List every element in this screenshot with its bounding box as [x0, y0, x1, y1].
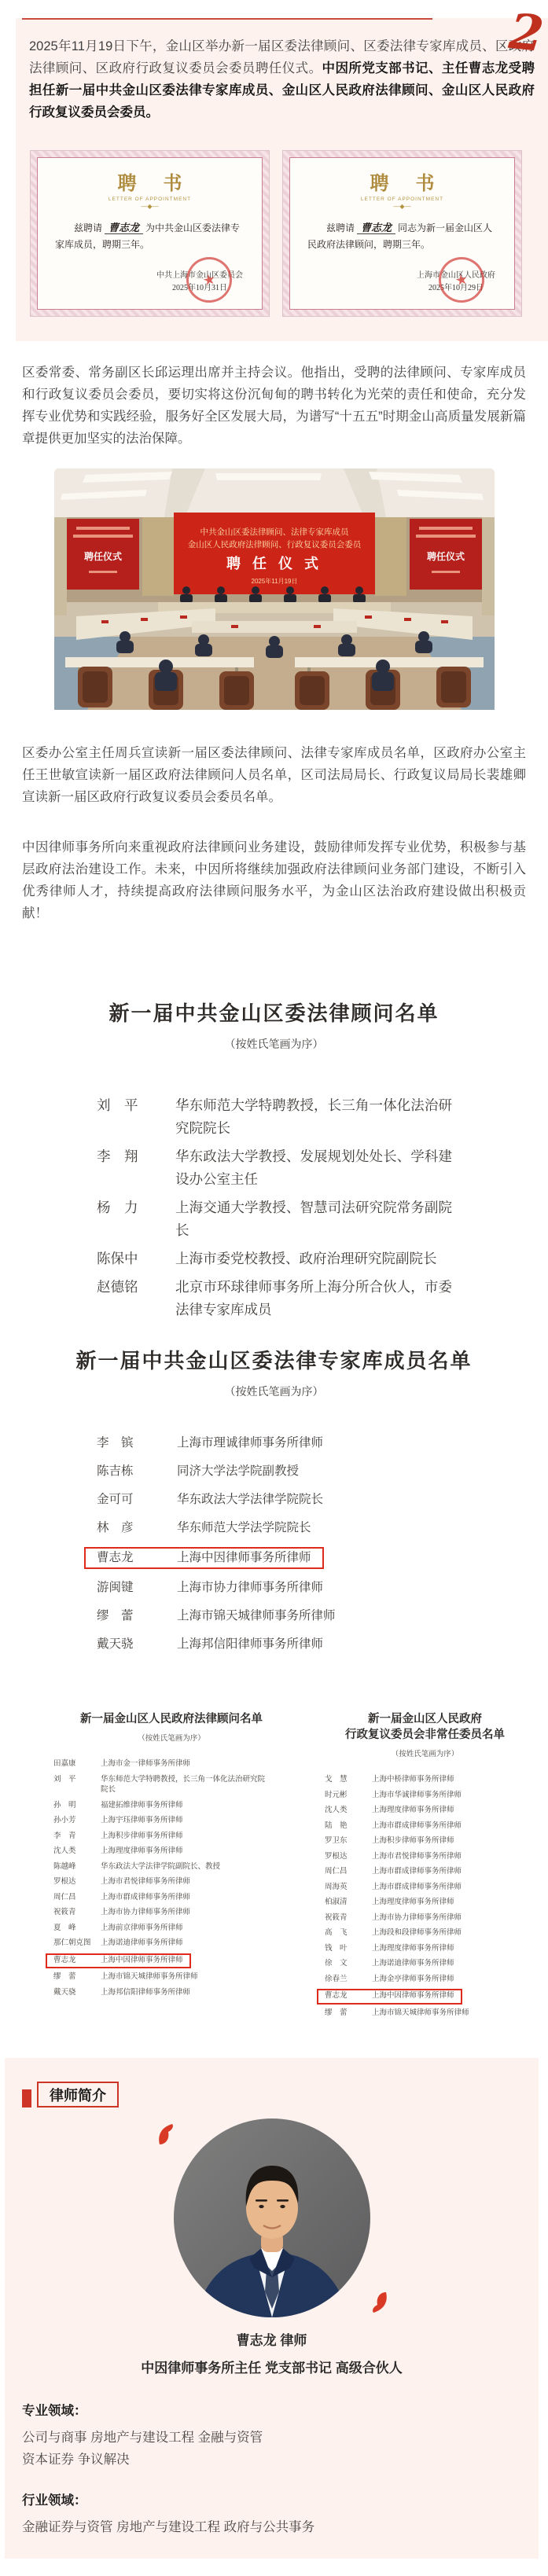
person-title: 上海宇珏律师事务所律师: [101, 1816, 183, 1827]
divider-line: [22, 18, 432, 20]
person-name: 曹志龙: [325, 1991, 366, 2002]
review-committee-list: 新一届金山区人民政府 行政复议委员会非常任委员名单 （按姓氏笔画为序） 戈 慧 …: [289, 1711, 525, 2023]
person-name: 时元彬: [325, 1791, 366, 1802]
doc-left-subtitle: （按姓氏笔画为序）: [53, 1732, 289, 1743]
person-title: 上海金亭律师事务所律师: [372, 1975, 454, 1986]
list2-subtitle: （按姓氏笔画为序）: [22, 1384, 526, 1399]
bottom-whitespace: [0, 2559, 548, 2576]
list-item: 钱 叶 上海理度律师事务所律师: [325, 1943, 459, 1956]
list-item: 赵德铭 北京市环球律师事务所上海分所合伙人，市委法律专家库成员: [97, 1276, 526, 1321]
list-item: 缪 蕾 上海市锦天城律师事务所律师: [325, 2008, 474, 2020]
person-name: 刘 平: [97, 1094, 149, 1140]
list-item: 罗根达 上海市君悦律师事务所律师: [53, 1876, 195, 1889]
person-title: 上海市金一律师事务所律师: [101, 1759, 190, 1770]
list-item: 曹志龙 上海中因律师事务所律师: [317, 1989, 462, 2005]
ribbon-numeral-decoration: 2: [507, 7, 546, 59]
person-name: 钱 叶: [325, 1944, 366, 1955]
doc-left-title: 新一届金山区人民政府法律顾问名单: [53, 1711, 289, 1727]
curtain-left: [142, 517, 174, 596]
person-name: 李 镔: [97, 1435, 145, 1451]
profile-badge: 律师简介: [22, 2082, 539, 2107]
person-title: 上海中因律师事务所律师: [177, 1550, 311, 1566]
announcement-paragraph: 区委办公室主任周兵宣读新一届区委法律顾问、法律专家库成员名单，区政府办公室主任王…: [22, 742, 526, 808]
appointment-certificate-image[interactable]: 聘 书 LETTER OF APPOINTMENT —◆— 兹聘请 曹志龙 同志…: [282, 150, 522, 317]
intro-panel: 2 2025年11月19日下午，金山区举办新一届区委法律顾问、区委法律专家库成员…: [16, 18, 548, 341]
person-title: 上海市华诚律师事务所律师: [372, 1791, 462, 1802]
person-name: 陈吉栋: [97, 1464, 145, 1479]
person-name: 缪 蕾: [97, 1608, 145, 1624]
person-name: 夏 峰: [53, 1924, 94, 1935]
list-item: 孙 明 福建拓维律师事务所律师: [53, 1800, 188, 1813]
list-item: 林 彦 华东师范大学法学院院长: [97, 1519, 319, 1538]
list-item: 周海英 上海市群成律师事务所律师: [325, 1882, 466, 1894]
list-item: 缪 蕾 上海市锦天城律师事务所律师: [53, 1972, 203, 1984]
person-name: 沈人类: [325, 1806, 366, 1817]
side-screen-left: 聘任仪式: [67, 519, 139, 590]
certificate-paper: 聘 书 LETTER OF APPOINTMENT —◆— 兹聘请 曹志龙 为中…: [37, 157, 263, 310]
person-name: 缪 蕾: [53, 1972, 94, 1983]
advisors-list-image[interactable]: 新一届中共金山区委法律顾问名单 （按姓氏笔画为序） 刘 平 华东师范大学特聘教授…: [22, 998, 526, 1321]
list-item: 徐春兰 上海金亭律师事务所律师: [325, 1974, 459, 1986]
person-name: 赵德铭: [97, 1276, 149, 1321]
person-name: 罗卫东: [325, 1836, 366, 1847]
practice-areas-line2: 资本证券 争议解决: [22, 2449, 515, 2471]
gold-flourish-icon: —◆—: [290, 203, 514, 210]
ceremony-photo-scene: 聘任仪式 聘任仪式 中共金山区委法律顾问、法律专家库成员 金山区人民政府法律顾问…: [54, 469, 495, 710]
person-title: 北京市环球律师事务所上海分所合伙人，市委法律专家库成员: [175, 1276, 452, 1321]
svg-text:中共金山区委法律顾问、法律专家库成员: 中共金山区委法律顾问、法律专家库成员: [200, 527, 349, 537]
certificate-prefix: 兹聘请: [326, 222, 357, 233]
firm-paragraph: 中因律师事务所向来重视政府法律顾问业务建设，鼓励律师发挥专业优势，积极参与基层政…: [22, 836, 526, 924]
industry-areas-label: 行业领域：: [22, 2490, 515, 2512]
list2-rows: 李 镔 上海市理诚律师事务所律师 陈吉栋 同济大学法学院副教授 金可可 华东政法…: [97, 1434, 526, 1654]
person-title: 上海市锦天城律师事务所律师: [177, 1608, 336, 1624]
person-name: 曹志龙: [97, 1550, 145, 1566]
list-item: 缪 蕾 上海市锦天城律师事务所律师: [97, 1607, 344, 1626]
person-name: 陆 艳: [325, 1821, 366, 1832]
lawyer-portrait[interactable]: [174, 2118, 370, 2321]
list-item: 周仁昌 上海市群成律师事务所律师: [53, 1892, 195, 1905]
list-item: 戴天骁 上海邦信阳律师事务所律师: [97, 1635, 331, 1654]
person-name: 曹志龙: [53, 1956, 94, 1967]
person-name: 戴天骁: [97, 1637, 145, 1652]
list1-subtitle: （按姓氏笔画为序）: [22, 1036, 526, 1052]
person-title: 上海市君悦律师事务所律师: [101, 1877, 190, 1888]
person-name: 刘 平: [53, 1775, 94, 1796]
person-title: 上海市群成律师事务所律师: [372, 1867, 462, 1878]
doc-right-title-line2: 行政复议委员会非常任委员名单: [325, 1727, 525, 1743]
list-item: 陈吉栋 同济大学法学院副教授: [97, 1462, 307, 1481]
profile-name: 曹志龙 律师: [5, 2329, 539, 2349]
certificate-date: 2025年10月31日: [156, 282, 243, 295]
list-item: 柏淑清 上海理度律师事务所律师: [325, 1897, 459, 1909]
svg-text:聘任仪式: 聘任仪式: [426, 550, 464, 562]
person-title: 上海积步律师事务所律师: [101, 1832, 183, 1843]
person-title: 上海理度律师事务所律师: [372, 1944, 454, 1955]
person-title: 上海段和段律师事务所律师: [372, 1928, 462, 1939]
person-name: 周海英: [325, 1883, 366, 1894]
list-item: 时元彬 上海市华诚律师事务所律师: [325, 1790, 466, 1802]
list-item: 李 青 上海积步律师事务所律师: [53, 1831, 188, 1843]
person-name: 周仁昌: [325, 1867, 366, 1878]
person-name: 缪 蕾: [325, 2008, 366, 2019]
badge-label: 律师简介: [37, 2082, 119, 2107]
svg-text:2025年11月19日: 2025年11月19日: [251, 577, 297, 585]
list-item: 沈人类 上海理度律师事务所律师: [325, 1805, 459, 1817]
person-name: 李 青: [53, 1832, 94, 1843]
list-item: 戈 慧 上海中桥律师事务所律师: [325, 1774, 459, 1787]
person-title: 上海中因律师事务所律师: [101, 1956, 183, 1967]
doc-right-subtitle: （按姓氏笔画为序）: [325, 1747, 525, 1758]
person-name: 祝筱青: [53, 1908, 94, 1919]
list1-title: 新一届中共金山区委法律顾问名单: [22, 998, 526, 1027]
certificate-body: 兹聘请 曹志龙 同志为新一届金山区人民政府法律顾问，聘期三年。: [307, 219, 498, 253]
table-cross: [192, 621, 357, 633]
certificate-paper: 聘 书 LETTER OF APPOINTMENT —◆— 兹聘请 曹志龙 同志…: [289, 157, 515, 310]
list1-rows: 刘 平 华东师范大学特聘教授，长三角一体化法治研究院院长 李 翔 华东政法大学教…: [97, 1094, 526, 1321]
certificate-subtitle: LETTER OF APPOINTMENT: [38, 197, 262, 202]
list-item: 高 飞 上海段和段律师事务所律师: [325, 1927, 466, 1940]
certificate-signature: 中共上海市金山区委员会 2025年10月31日: [156, 270, 243, 295]
list-item: 陈越峰 华东政法大学法律学院副院长、教授: [53, 1861, 225, 1874]
certificate-signature: 上海市金山区人民政府 2025年10月29日: [417, 270, 495, 295]
list-item: 游闽键 上海市协力律师事务所律师: [97, 1578, 331, 1597]
certificate-title: 聘 书: [38, 167, 262, 195]
person-title: 上海市协力律师事务所律师: [372, 1913, 462, 1924]
practice-areas-line1: 公司与商事 房地产与建设工程 金融与资管: [22, 2427, 515, 2449]
list-item: 李 翔 华东政法大学教授、发展规划处处长、学科建设办公室主任: [97, 1145, 526, 1191]
person-title: 上海邦信阳律师事务所律师: [177, 1637, 323, 1652]
list-item: 夏 峰 上海前京律师事务所律师: [53, 1923, 188, 1935]
list-item: 祝筱青 上海市协力律师事务所律师: [325, 1913, 466, 1925]
government-lists-image[interactable]: 新一届金山区人民政府法律顾问名单 （按姓氏笔画为序） 田嘉康 上海市金一律师事务…: [22, 1711, 526, 2023]
list-item: 徐 文 上海诺迪律师事务所律师: [325, 1958, 459, 1971]
person-name: 陈保中: [97, 1248, 149, 1270]
ceremony-photo[interactable]: 聘任仪式 聘任仪式 中共金山区委法律顾问、法律专家库成员 金山区人民政府法律顾问…: [54, 469, 495, 714]
person-name: 周仁昌: [53, 1893, 94, 1904]
person-name: 陈越峰: [53, 1862, 94, 1873]
gov-counsel-list: 新一届金山区人民政府法律顾问名单 （按姓氏笔画为序） 田嘉康 上海市金一律师事务…: [22, 1711, 289, 2023]
person-name: 沈人类: [53, 1847, 94, 1858]
doc-right-title-line1: 新一届金山区人民政府: [325, 1711, 525, 1727]
person-name: 戈 慧: [325, 1775, 366, 1786]
industry-areas-line: 金融证券与资管 房地产与建设工程 政府与公共事务: [22, 2516, 515, 2538]
practice-areas: 专业领域： 公司与商事 房地产与建设工程 金融与资管 资本证券 争议解决 行业领…: [22, 2400, 515, 2538]
doc-left-rows: 田嘉康 上海市金一律师事务所律师 刘 平 华东师范大学特聘教授，长三角一体化法治…: [53, 1758, 289, 1999]
profile-role: 中因律师事务所主任 党支部书记 高级合伙人: [5, 2357, 539, 2376]
person-title: 上海交通大学教授、智慧司法研究院常务副院长: [175, 1196, 452, 1242]
list-item: 刘 平 华东师范大学特聘教授，长三角一体化法治研究院院长: [97, 1094, 526, 1140]
list-item: 曹志龙 上海中因律师事务所律师: [46, 1953, 191, 1969]
badge-red-bar: [22, 2089, 31, 2107]
person-title: 华东师范大学法学院院长: [177, 1520, 311, 1536]
person-name: 游闽键: [97, 1580, 145, 1596]
list-item: 曹志龙 上海中因律师事务所律师: [84, 1547, 324, 1569]
list-item: 周仁昌 上海市群成律师事务所律师: [325, 1866, 466, 1879]
svg-text:聘 任 仪 式: 聘 任 仪 式: [226, 555, 322, 571]
appointment-certificate-image[interactable]: 聘 书 LETTER OF APPOINTMENT —◆— 兹聘请 曹志龙 为中…: [30, 150, 270, 317]
practice-areas-label: 专业领域：: [22, 2400, 515, 2422]
lawyer-profile-panel: 律师简介: [5, 2058, 539, 2559]
certificate-date: 2025年10月29日: [417, 282, 495, 295]
person-name: 李 翔: [97, 1145, 149, 1191]
person-title: 上海市锦天城律师事务所律师: [372, 2008, 469, 2019]
person-title: 上海理度律师事务所律师: [372, 1806, 454, 1817]
side-screen-right: 聘任仪式: [410, 519, 482, 590]
certificate-issuer: 中共上海市金山区委员会: [156, 270, 243, 282]
gold-flourish-icon: —◆—: [38, 203, 262, 210]
person-name: 杨 力: [97, 1196, 149, 1242]
list-item: 罗根达 上海市君悦律师事务所律师: [325, 1851, 466, 1864]
person-title: 上海市群成律师事务所律师: [101, 1893, 190, 1904]
person-title: 上海邦信阳律师事务所律师: [101, 1988, 190, 1999]
list-item: 田嘉康 上海市金一律师事务所律师: [53, 1758, 195, 1771]
person-name: 高 飞: [325, 1928, 366, 1939]
person-title: 上海诺迪律师事务所律师: [372, 1959, 454, 1970]
list-item: 金可可 华东政法大学法律学院院长: [97, 1490, 331, 1509]
list-item: 陆 艳 上海市群成律师事务所律师: [325, 1821, 466, 1833]
article-body: 区委常委、常务副区长邱运理出席并主持会议。他指出，受聘的法律顾问、专家库成员和行…: [0, 362, 548, 2023]
person-title: 同济大学法学院副教授: [177, 1464, 299, 1479]
person-title: 上海积步律师事务所律师: [372, 1836, 454, 1847]
person-name: 田嘉康: [53, 1759, 94, 1770]
certificate-title: 聘 书: [290, 167, 514, 195]
person-title: 福建拓维律师事务所律师: [101, 1801, 183, 1812]
meeting-paragraph: 区委常委、常务副区长邱运理出席并主持会议。他指出，受聘的法律顾问、专家库成员和行…: [22, 362, 526, 450]
person-title: 上海市理诚律师事务所律师: [177, 1435, 323, 1451]
person-name: 那仁朝克图: [53, 1938, 94, 1949]
certificate-images: 聘 书 LETTER OF APPOINTMENT —◆— 兹聘请 曹志龙 为中…: [30, 150, 548, 317]
person-name: 徐春兰: [325, 1975, 366, 1986]
person-title: 上海中因律师事务所律师: [372, 1991, 454, 2002]
list-item: 杨 力 上海交通大学教授、智慧司法研究院常务副院长: [97, 1196, 526, 1242]
person-title: 上海中桥律师事务所律师: [372, 1775, 454, 1786]
certificate-subtitle: LETTER OF APPOINTMENT: [290, 197, 514, 202]
person-name: 戴天骁: [53, 1988, 94, 1999]
list-item: 戴天骁 上海邦信阳律师事务所律师: [53, 1987, 195, 2000]
doc-left-title-line1: 新一届金山区人民政府法律顾问名单: [53, 1711, 289, 1727]
certificate-body: 兹聘请 曹志龙 为中共金山区委法律专家库成员，聘期三年。: [55, 219, 246, 253]
person-name: 林 彦: [97, 1520, 145, 1536]
person-title: 上海前京律师事务所律师: [101, 1924, 183, 1935]
person-name: 罗根达: [53, 1877, 94, 1888]
person-title: 上海市委党校教授、政府治理研究院副院长: [175, 1248, 452, 1270]
person-title: 华东政法大学教授、发展规划处处长、学科建设办公室主任: [175, 1145, 452, 1191]
certificate-issuer: 上海市金山区人民政府: [417, 270, 495, 282]
person-name: 徐 文: [325, 1959, 366, 1970]
appointee-name: 曹志龙: [105, 222, 143, 234]
person-title: 上海市协力律师事务所律师: [177, 1580, 323, 1596]
person-title: 华东政法大学法律学院院长: [177, 1492, 323, 1508]
intro-paragraph: 2025年11月19日下午，金山区举办新一届区委法律顾问、区委法律专家库成员、区…: [29, 35, 535, 123]
person-title: 上海市群成律师事务所律师: [372, 1821, 462, 1832]
person-title: 上海理度律师事务所律师: [372, 1898, 454, 1909]
curtain-right: [375, 517, 406, 596]
list2-title: 新一届中共金山区委法律专家库成员名单: [22, 1345, 526, 1374]
person-title: 上海市锦天城律师事务所律师: [101, 1972, 198, 1983]
person-name: 柏淑清: [325, 1898, 366, 1909]
person-name: 孙小芳: [53, 1816, 94, 1827]
list-item: 陈保中 上海市委党校教授、政府治理研究院副院长: [97, 1248, 526, 1270]
list-item: 刘 平 华东师范大学特聘教授，长三角一体化法治研究院院长: [53, 1774, 274, 1797]
list-item: 祝筱青 上海市协力律师事务所律师: [53, 1907, 195, 1920]
quote-mark-icon: [370, 2291, 389, 2313]
list-item: 罗卫东 上海积步律师事务所律师: [325, 1836, 459, 1848]
person-title: 华东政法大学法律学院副院长、教授: [101, 1862, 220, 1873]
portrait-photo: [174, 2118, 370, 2317]
person-title: 上海理度律师事务所律师: [101, 1847, 183, 1858]
person-title: 上海市君悦律师事务所律师: [372, 1852, 462, 1863]
certificate-prefix: 兹聘请: [74, 222, 105, 233]
doc-right-title: 新一届金山区人民政府 行政复议委员会非常任委员名单: [325, 1711, 525, 1743]
person-name: 金可可: [97, 1492, 145, 1508]
list-item: 沈人类 上海理度律师事务所律师: [53, 1846, 188, 1858]
person-title: 上海诺迪律师事务所律师: [101, 1938, 183, 1949]
main-screen: 中共金山区委法律顾问、法律专家库成员 金山区人民政府法律顾问、行政复议委员会委员…: [174, 513, 375, 594]
list-item: 李 镔 上海市理诚律师事务所律师: [97, 1434, 331, 1453]
list-item: 孙小芳 上海宇珏律师事务所律师: [53, 1815, 188, 1828]
svg-text:金山区人民政府法律顾问、行政复议委员会委员: 金山区人民政府法律顾问、行政复议委员会委员: [187, 539, 362, 549]
expert-pool-list-image[interactable]: 新一届中共金山区委法律专家库成员名单 （按姓氏笔画为序） 李 镔 上海市理诚律师…: [22, 1345, 526, 1654]
person-name: 罗根达: [325, 1852, 366, 1863]
person-title: 上海市群成律师事务所律师: [372, 1883, 462, 1894]
appointee-name: 曹志龙: [357, 222, 395, 234]
doc-right-rows: 戈 慧 上海中桥律师事务所律师 时元彬 上海市华诚律师事务所律师 沈人类 上海理…: [325, 1774, 525, 2019]
person-title: 上海市协力律师事务所律师: [101, 1908, 190, 1919]
person-name: 孙 明: [53, 1801, 94, 1812]
svg-text:聘任仪式: 聘任仪式: [83, 550, 121, 562]
list-item: 那仁朝克图 上海诺迪律师事务所律师: [53, 1938, 188, 1950]
quote-mark-icon: [156, 2123, 175, 2145]
person-title: 华东师范大学特聘教授，长三角一体化法治研究院院长: [101, 1775, 270, 1796]
person-name: 祝筱青: [325, 1913, 366, 1924]
person-title: 华东师范大学特聘教授，长三角一体化法治研究院院长: [175, 1094, 452, 1140]
